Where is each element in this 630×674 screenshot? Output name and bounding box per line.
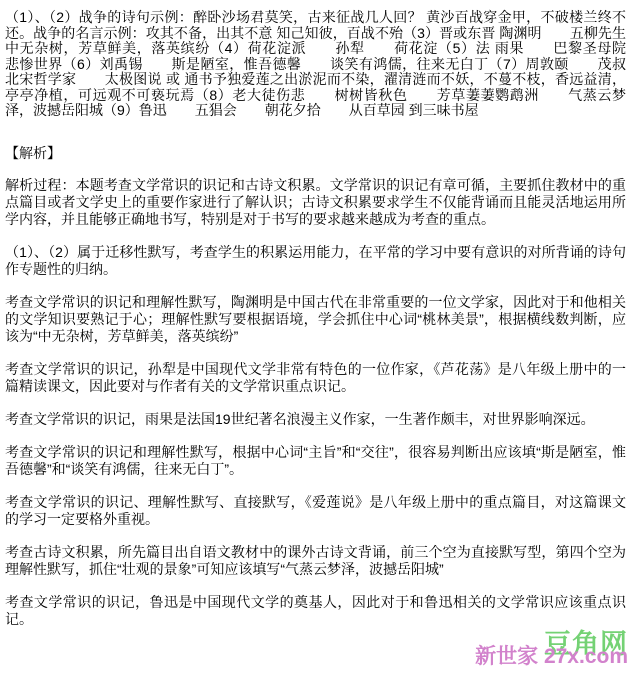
answer-text: （1）、（2）战争的诗句示例：醉卧沙场君莫笑，古来征战几人回？ 黄沙百战穿金甲，…	[5, 10, 626, 119]
document-body: （1）、（2）战争的诗句示例：醉卧沙场君莫笑，古来征战几人回？ 黄沙百战穿金甲，…	[0, 0, 630, 628]
analysis-paragraph: （1）、（2）属于迁移性默写，考查学生的积累运用能力，在平常的学习中要有意识的对…	[5, 244, 626, 278]
analysis-paragraph: 考查文学常识的识记和理解性默写，陶渊明是中国古代在非常重要的一位文学家，因此对于…	[5, 294, 626, 345]
watermark-site-name: 新世家 27x.com	[475, 640, 628, 670]
watermark-brand-logo: 豆角网	[544, 622, 628, 661]
site-watermark: 豆角网 新世家 27x.com	[430, 622, 630, 674]
document-page: { "answers": { "text": "（1）、（2）战争的诗句示例：醉…	[0, 0, 630, 674]
analysis-paragraph: 考查文学常识的识记，雨果是法国19世纪著名浪漫主义作家，一生著作颇丰，对世界影响…	[5, 411, 626, 428]
analysis-intro: 解析过程：本题考查文学常识的识记和古诗文积累。文学常识的识记有章可循，主要抓住教…	[5, 177, 626, 228]
analysis-paragraph: 考查文学常识的识记和理解性默写，根据中心词“主旨”和“交往”，很容易判断出应该填…	[5, 444, 626, 478]
analysis-paragraph: 考查文学常识的识记，孙犁是中国现代文学非常有特色的一位作家，《芦花荡》是八年级上…	[5, 361, 626, 395]
analysis-paragraph: 考查文学常识的识记、理解性默写、直接默写，《爱莲说》是八年级上册中的重点篇目，对…	[5, 494, 626, 528]
analysis-paragraph: 考查古诗文积累，所先篇目出自语文教材中的课外古诗文背诵，前三个空为直接默写型，第…	[5, 544, 626, 578]
analysis-section-header: 【解析】	[5, 145, 626, 161]
analysis-paragraph: 考查文学常识的识记，鲁迅是中国现代文学的奠基人，因此对于和鲁迅相关的文学常识应该…	[5, 594, 626, 628]
